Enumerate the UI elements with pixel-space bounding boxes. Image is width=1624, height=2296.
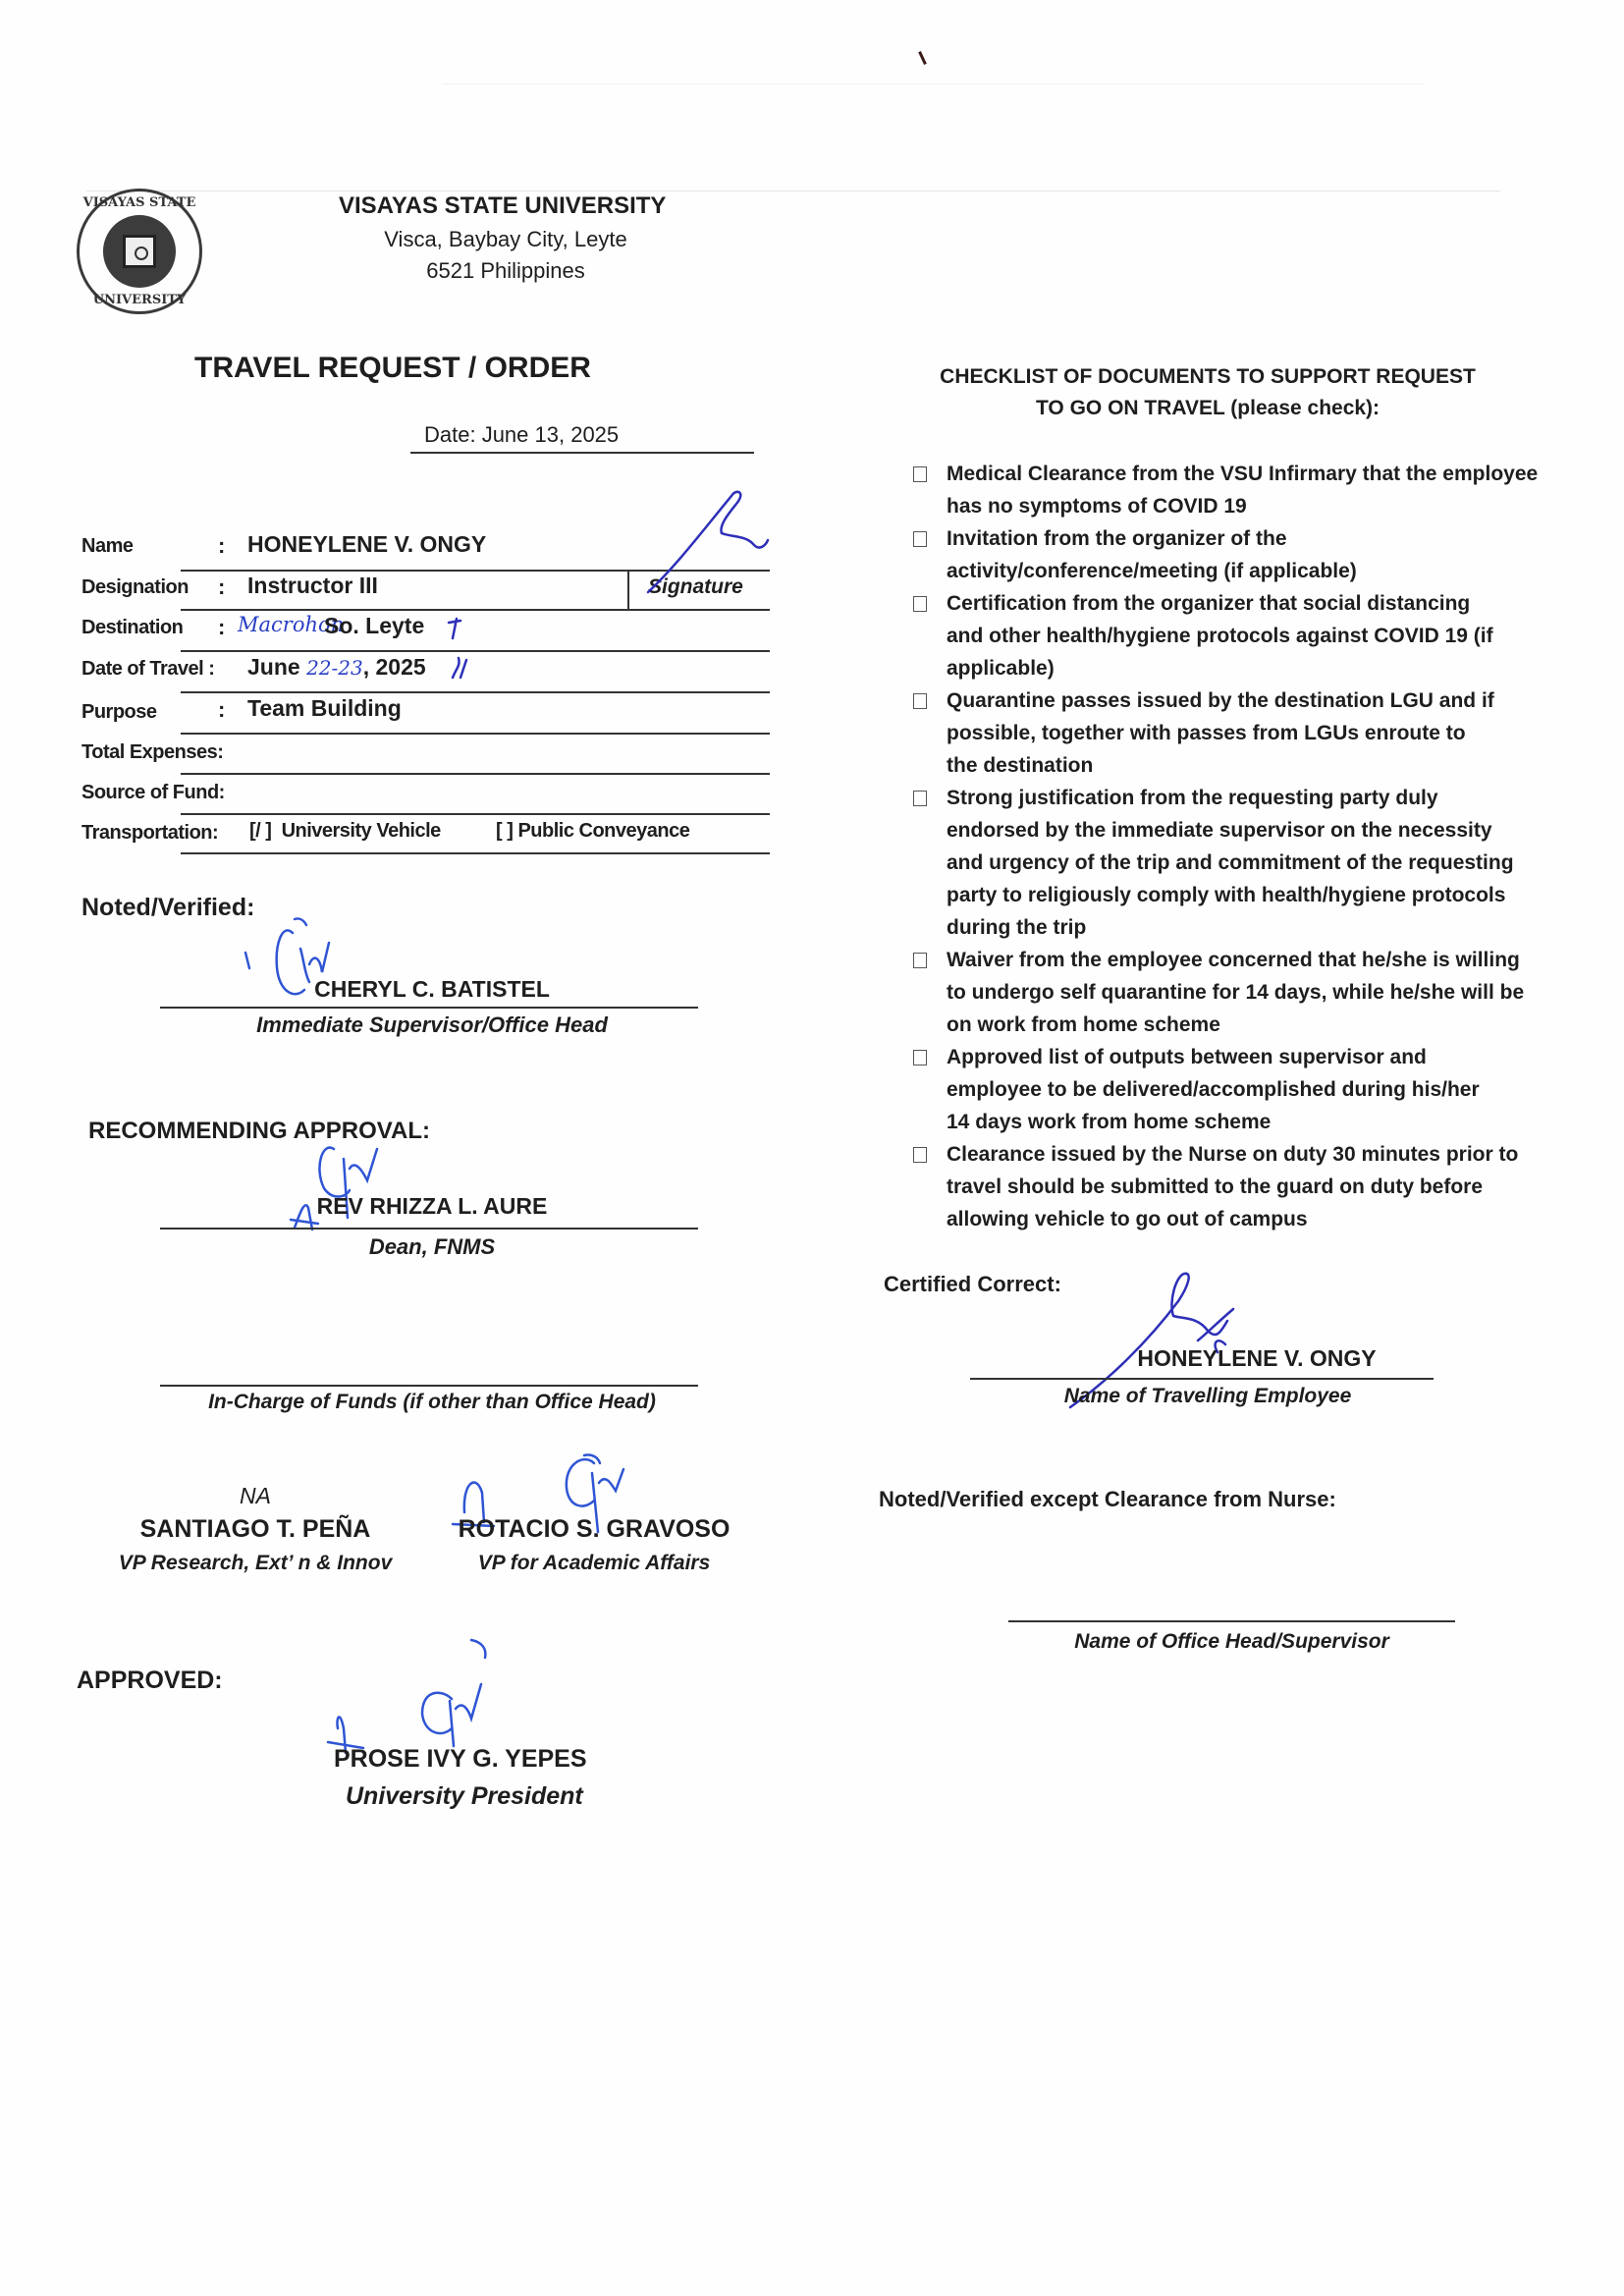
source-of-fund-underline bbox=[181, 813, 770, 815]
checklist-item-text: Approved list of outputs between supervi… bbox=[947, 1041, 1496, 1138]
checklist-item-nurse-clearance[interactable]: Clearance issued by the Nurse on duty 30… bbox=[913, 1138, 1542, 1235]
funds-signature-line bbox=[160, 1385, 698, 1387]
president-signature bbox=[324, 1630, 540, 1758]
checkbox[interactable] bbox=[913, 596, 927, 612]
vp-academic-title: VP for Academic Affairs bbox=[432, 1552, 756, 1575]
label-public-conveyance: Public Conveyance bbox=[517, 820, 689, 842]
checkbox-public-conveyance[interactable]: [ ] bbox=[496, 820, 513, 842]
field-value-destination[interactable]: So. Leyte bbox=[324, 613, 424, 639]
president-name: PROSE IVY G. YEPES bbox=[334, 1745, 587, 1774]
office-head-signature-field[interactable] bbox=[1008, 1591, 1455, 1620]
field-label-designation: Designation bbox=[81, 576, 189, 599]
checklist-item-text: Invitation from the organizer of the act… bbox=[947, 522, 1496, 587]
checklist-item-text: Medical Clearance from the VSU Infirmary… bbox=[947, 458, 1542, 522]
checklist: Medical Clearance from the VSU Infirmary… bbox=[913, 458, 1542, 1235]
field-label-date-of-travel: Date of Travel : bbox=[81, 658, 214, 681]
name-underline bbox=[181, 570, 770, 572]
checkbox-university-vehicle[interactable]: [/ ] bbox=[249, 820, 271, 842]
destination-underline bbox=[181, 650, 770, 652]
vp-research-title: VP Research, Ext’ n & Innov bbox=[79, 1552, 432, 1575]
field-label-purpose: Purpose bbox=[81, 701, 157, 724]
checklist-item-certification[interactable]: Certification from the organizer that so… bbox=[913, 587, 1542, 684]
handwritten-travel-days: 22-23 bbox=[306, 656, 363, 680]
checkbox[interactable] bbox=[913, 953, 927, 968]
supervisor-title: Immediate Supervisor/Office Head bbox=[157, 1012, 707, 1038]
checkbox[interactable] bbox=[913, 531, 927, 547]
checkbox[interactable] bbox=[913, 1147, 927, 1163]
university-name: VISAYAS STATE UNIVERSITY bbox=[339, 192, 666, 220]
checklist-title-line-2: TO GO ON TRAVEL (please check): bbox=[903, 393, 1512, 424]
approved-heading: APPROVED: bbox=[77, 1667, 223, 1695]
label-university-vehicle: University Vehicle bbox=[282, 820, 441, 842]
seal-dot bbox=[135, 246, 148, 260]
date-underline bbox=[410, 452, 754, 454]
office-head-title: Name of Office Head/Supervisor bbox=[1008, 1630, 1455, 1654]
dean-signature bbox=[285, 1129, 412, 1237]
seal-core bbox=[123, 235, 156, 268]
dean-name: REV RHIZZA L. AURE bbox=[157, 1193, 707, 1220]
option-university-vehicle[interactable]: [/ ] University Vehicle bbox=[249, 820, 441, 843]
colon: : bbox=[218, 697, 225, 723]
checklist-item-approved-outputs[interactable]: Approved list of outputs between supervi… bbox=[913, 1041, 1542, 1138]
employee-name: HONEYLENE V. ONGY bbox=[972, 1345, 1542, 1372]
university-address: Visca, Baybay City, Leyte 6521 Philippin… bbox=[334, 224, 677, 287]
transportation-underline bbox=[181, 852, 770, 854]
field-value-source-of-fund[interactable] bbox=[181, 778, 770, 811]
university-seal-icon: VISAYAS STATE UNIVERSITY bbox=[77, 189, 202, 314]
request-date: Date: June 13, 2025 bbox=[424, 422, 619, 448]
checkbox[interactable] bbox=[913, 1050, 927, 1066]
checklist-item-invitation[interactable]: Invitation from the organizer of the act… bbox=[913, 522, 1542, 587]
checklist-title-line-1: CHECKLIST OF DOCUMENTS TO SUPPORT REQUES… bbox=[903, 361, 1512, 393]
checkbox[interactable] bbox=[913, 693, 927, 709]
employee-signature-line bbox=[970, 1378, 1434, 1380]
travel-month: June bbox=[247, 654, 300, 680]
noted-verified-heading: Noted/Verified: bbox=[81, 894, 254, 922]
field-value-total-expenses[interactable] bbox=[181, 738, 770, 772]
purpose-underline bbox=[181, 733, 770, 735]
field-label-name: Name bbox=[81, 535, 133, 558]
colon: : bbox=[218, 574, 225, 600]
field-value-date-of-travel[interactable]: June 22-23, 2025 bbox=[247, 654, 426, 681]
recommending-approval-heading: RECOMMENDING APPROVAL: bbox=[88, 1118, 430, 1145]
supervisor-name: CHERYL C. BATISTEL bbox=[157, 976, 707, 1003]
travel-year: , 2025 bbox=[363, 654, 426, 680]
employee-title: Name of Travelling Employee bbox=[972, 1385, 1443, 1408]
seal-bottom-text: UNIVERSITY bbox=[80, 293, 199, 307]
president-title: University President bbox=[346, 1782, 583, 1811]
checklist-item-text: Waiver from the employee concerned that … bbox=[947, 944, 1536, 1041]
checklist-item-medical-clearance[interactable]: Medical Clearance from the VSU Infirmary… bbox=[913, 458, 1542, 522]
destination-initial bbox=[447, 609, 476, 687]
address-line-2: 6521 Philippines bbox=[334, 255, 677, 287]
field-value-name[interactable]: HONEYLENE V. ONGY bbox=[247, 531, 486, 558]
certified-correct-heading: Certified Correct: bbox=[884, 1272, 1061, 1297]
date-of-travel-underline bbox=[181, 691, 770, 693]
seal-center bbox=[103, 215, 176, 288]
nurse-exception-heading: Noted/Verified except Clearance from Nur… bbox=[879, 1487, 1336, 1512]
checklist-item-quarantine-passes[interactable]: Quarantine passes issued by the destinat… bbox=[913, 684, 1542, 782]
signature-label: Signature bbox=[648, 575, 743, 599]
designation-underline bbox=[181, 609, 770, 611]
checkbox[interactable] bbox=[913, 791, 927, 806]
colon: : bbox=[218, 615, 225, 640]
checklist-item-waiver[interactable]: Waiver from the employee concerned that … bbox=[913, 944, 1542, 1041]
dean-title: Dean, FNMS bbox=[157, 1234, 707, 1260]
dean-signature-line bbox=[160, 1228, 698, 1230]
field-label-destination: Destination bbox=[81, 617, 183, 639]
checklist-item-justification[interactable]: Strong justification from the requesting… bbox=[913, 782, 1542, 944]
checklist-item-text: Certification from the organizer that so… bbox=[947, 587, 1496, 684]
total-expenses-underline bbox=[181, 773, 770, 775]
vp-academic-name: ROTACIO S. GRAVOSO bbox=[432, 1515, 756, 1544]
field-value-purpose[interactable]: Team Building bbox=[247, 695, 402, 722]
address-line-1: Visca, Baybay City, Leyte bbox=[334, 224, 677, 255]
funds-title: In-Charge of Funds (if other than Office… bbox=[157, 1391, 707, 1414]
checklist-item-text: Strong justification from the requesting… bbox=[947, 782, 1526, 944]
bleed-through-text bbox=[442, 83, 1424, 143]
field-value-designation[interactable]: Instructor III bbox=[247, 573, 378, 599]
vp-research-note: NA bbox=[79, 1483, 432, 1509]
form-title: TRAVEL REQUEST / ORDER bbox=[194, 352, 591, 385]
option-public-conveyance[interactable]: [ ] Public Conveyance bbox=[496, 820, 689, 843]
office-head-signature-line bbox=[1008, 1620, 1455, 1622]
checklist-title: CHECKLIST OF DOCUMENTS TO SUPPORT REQUES… bbox=[903, 361, 1512, 424]
seal-top-text: VISAYAS STATE bbox=[80, 195, 199, 210]
colon: : bbox=[218, 533, 225, 559]
scan-mark bbox=[918, 51, 927, 65]
header-rule bbox=[86, 191, 1500, 191]
vp-research-name: SANTIAGO T. PEÑA bbox=[79, 1515, 432, 1544]
checklist-item-text: Quarantine passes issued by the destinat… bbox=[947, 684, 1496, 782]
supervisor-signature-line bbox=[160, 1007, 698, 1009]
field-label-transportation: Transportation: bbox=[81, 822, 218, 845]
checkbox[interactable] bbox=[913, 466, 927, 482]
signature-divider bbox=[627, 570, 629, 609]
checklist-item-text: Clearance issued by the Nurse on duty 30… bbox=[947, 1138, 1526, 1235]
